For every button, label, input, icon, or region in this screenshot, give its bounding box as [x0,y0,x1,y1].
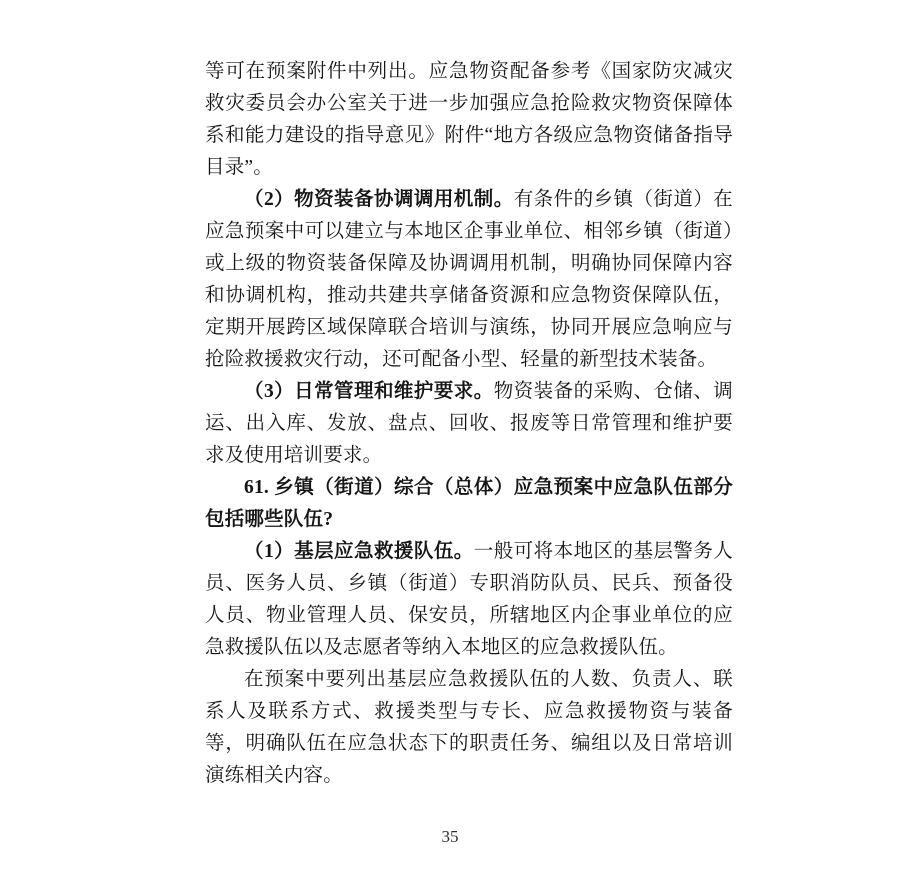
page-number: 35 [0,826,900,848]
text-run: 在预案中要列出基层应急救援队伍的人数、负责人、联系人及联系方式、救援类型与专长、… [205,669,733,786]
bold-text-run: （1）基层应急救援队伍。 [244,541,474,562]
paragraph: （3）日常管理和维护要求。物资装备的采购、仓储、调运、出入库、发放、盘点、回收、… [205,376,733,472]
paragraph: （2）物资装备协调调用机制。有条件的乡镇（街道）在应急预案中可以建立与本地区企事… [205,184,733,376]
text-run: 等可在预案附件中列出。应急物资配备参考《国家防灾减灾救灾委员会办公室关于进一步加… [205,61,733,178]
document-page: 等可在预案附件中列出。应急物资配备参考《国家防灾减灾救灾委员会办公室关于进一步加… [0,0,900,870]
bold-text-run: 61. 乡镇（街道）综合（总体）应急预案中应急队伍部分包括哪些队伍? [205,477,733,530]
paragraph: 等可在预案附件中列出。应急物资配备参考《国家防灾减灾救灾委员会办公室关于进一步加… [205,56,733,184]
paragraph: 61. 乡镇（街道）综合（总体）应急预案中应急队伍部分包括哪些队伍? [205,472,733,536]
bold-text-run: （3）日常管理和维护要求。 [244,381,494,402]
paragraph: 在预案中要列出基层应急救援队伍的人数、负责人、联系人及联系方式、救援类型与专长、… [205,664,733,792]
paragraph: （1）基层应急救援队伍。一般可将本地区的基层警务人员、医务人员、乡镇（街道）专职… [205,536,733,664]
bold-text-run: （2）物资装备协调调用机制。 [244,189,514,210]
text-run: 有条件的乡镇（街道）在应急预案中可以建立与本地区企事业单位、相邻乡镇（街道）或上… [205,189,733,370]
document-body: 等可在预案附件中列出。应急物资配备参考《国家防灾减灾救灾委员会办公室关于进一步加… [205,56,733,792]
